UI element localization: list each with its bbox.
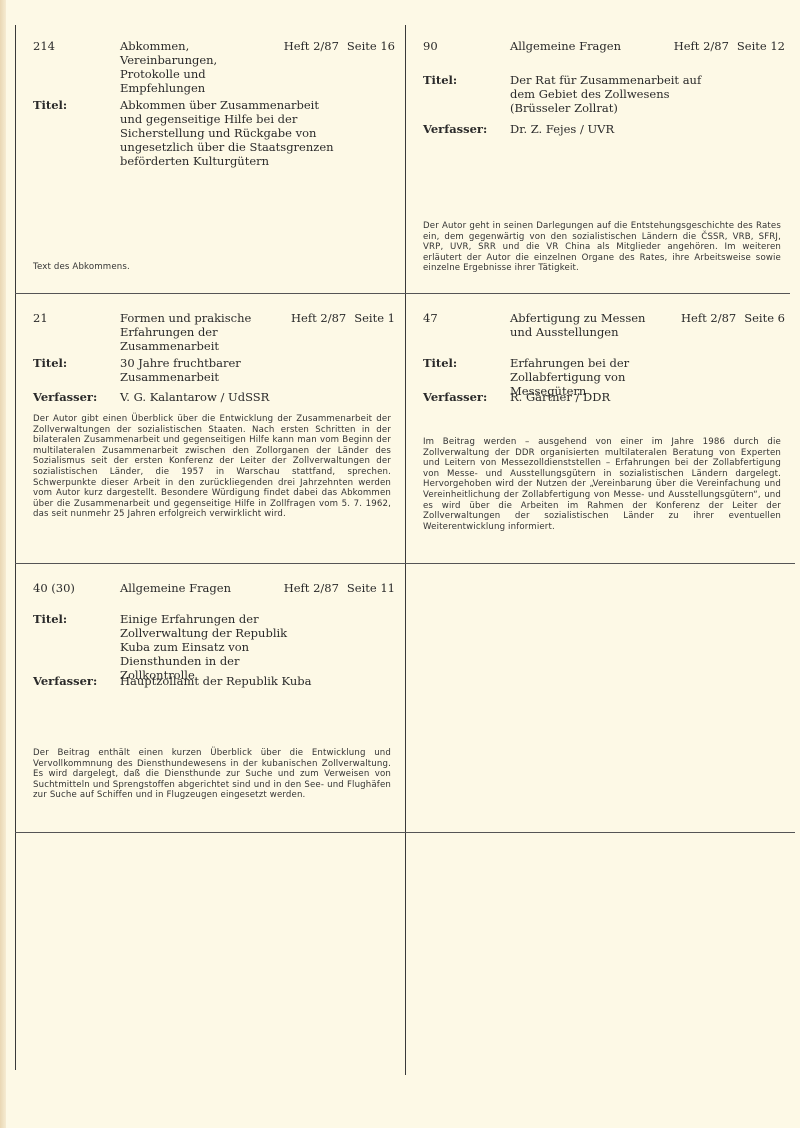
heft-label: Heft 2/87 <box>291 311 346 325</box>
card-author: Dr. Z. Fejes / UVR <box>510 122 750 136</box>
card-title: Abkommen über Zusammenarbeit und gegense… <box>120 98 335 168</box>
card-abstract: Der Autor geht in seinen Darlegungen auf… <box>423 221 781 274</box>
index-card-214: 214 Abkommen, Vereinbarungen, Protokolle… <box>15 25 405 293</box>
card-abstract: Text des Abkommens. <box>33 262 391 273</box>
card-category: Abfertigung zu Messen und Ausstellungen <box>510 311 660 339</box>
title-label: Titel: <box>33 98 67 112</box>
card-category: Allgemeine Fragen <box>120 581 285 595</box>
card-title: 30 Jahre fruchtbarer Zusammenarbeit <box>120 356 315 384</box>
author-label: Verfasser: <box>33 674 97 688</box>
title-label: Titel: <box>423 73 457 87</box>
seite-label: Seite 11 <box>347 581 395 595</box>
empty-card-slot-right-3 <box>405 563 795 832</box>
seite-label: Seite 16 <box>347 39 395 53</box>
author-label: Verfasser: <box>33 390 97 404</box>
card-author: V. G. Kalantarow / UdSSR <box>120 390 360 404</box>
title-label: Titel: <box>33 612 67 626</box>
card-number: 47 <box>423 311 438 325</box>
heft-label: Heft 2/87 <box>674 39 729 53</box>
title-label: Titel: <box>423 356 457 370</box>
card-number: 90 <box>423 39 438 53</box>
empty-card-slot-right-4 <box>405 832 795 1072</box>
card-issue: Heft 2/87Seite 11 <box>284 581 395 595</box>
index-card-47: 47 Abfertigung zu Messen und Ausstellung… <box>405 293 795 563</box>
card-title: Einige Erfahrungen der Zollverwaltung de… <box>120 612 300 682</box>
index-card-21: 21 Formen und prakische Erfahrungen der … <box>15 293 405 563</box>
seite-label: Seite 6 <box>744 311 785 325</box>
heft-label: Heft 2/87 <box>284 581 339 595</box>
card-number: 214 <box>33 39 55 53</box>
card-issue: Heft 2/87Seite 16 <box>284 39 395 53</box>
card-abstract: Der Beitrag enthält einen kurzen Überbli… <box>33 748 391 801</box>
card-issue: Heft 2/87Seite 1 <box>291 311 395 325</box>
card-issue: Heft 2/87Seite 6 <box>681 311 785 325</box>
card-author: R. Gärtner / DDR <box>510 390 750 404</box>
card-category: Abkommen, Vereinbarungen, Protokolle und… <box>120 39 280 95</box>
card-abstract: Im Beitrag werden – ausgehend von einer … <box>423 437 781 532</box>
card-author: Hauptzollamt der Republik Kuba <box>120 674 360 688</box>
card-number: 40 (30) <box>33 581 75 595</box>
index-card-90: 90 Allgemeine Fragen Heft 2/87Seite 12 T… <box>405 25 795 293</box>
heft-label: Heft 2/87 <box>284 39 339 53</box>
page-edge <box>0 0 6 1128</box>
card-category: Formen und prakische Erfahrungen der Zus… <box>120 311 320 353</box>
card-issue: Heft 2/87Seite 12 <box>674 39 785 53</box>
title-label: Titel: <box>33 356 67 370</box>
heft-label: Heft 2/87 <box>681 311 736 325</box>
seite-label: Seite 12 <box>737 39 785 53</box>
card-number: 21 <box>33 311 48 325</box>
seite-label: Seite 1 <box>354 311 395 325</box>
card-title: Der Rat für Zusammenarbeit auf dem Gebie… <box>510 73 710 115</box>
card-abstract: Der Autor gibt einen Überblick über die … <box>33 414 391 520</box>
empty-card-slot-left-4 <box>15 832 405 1072</box>
index-card-40: 40 (30) Allgemeine Fragen Heft 2/87Seite… <box>15 563 405 832</box>
author-label: Verfasser: <box>423 122 487 136</box>
card-category: Allgemeine Fragen <box>510 39 675 53</box>
author-label: Verfasser: <box>423 390 487 404</box>
